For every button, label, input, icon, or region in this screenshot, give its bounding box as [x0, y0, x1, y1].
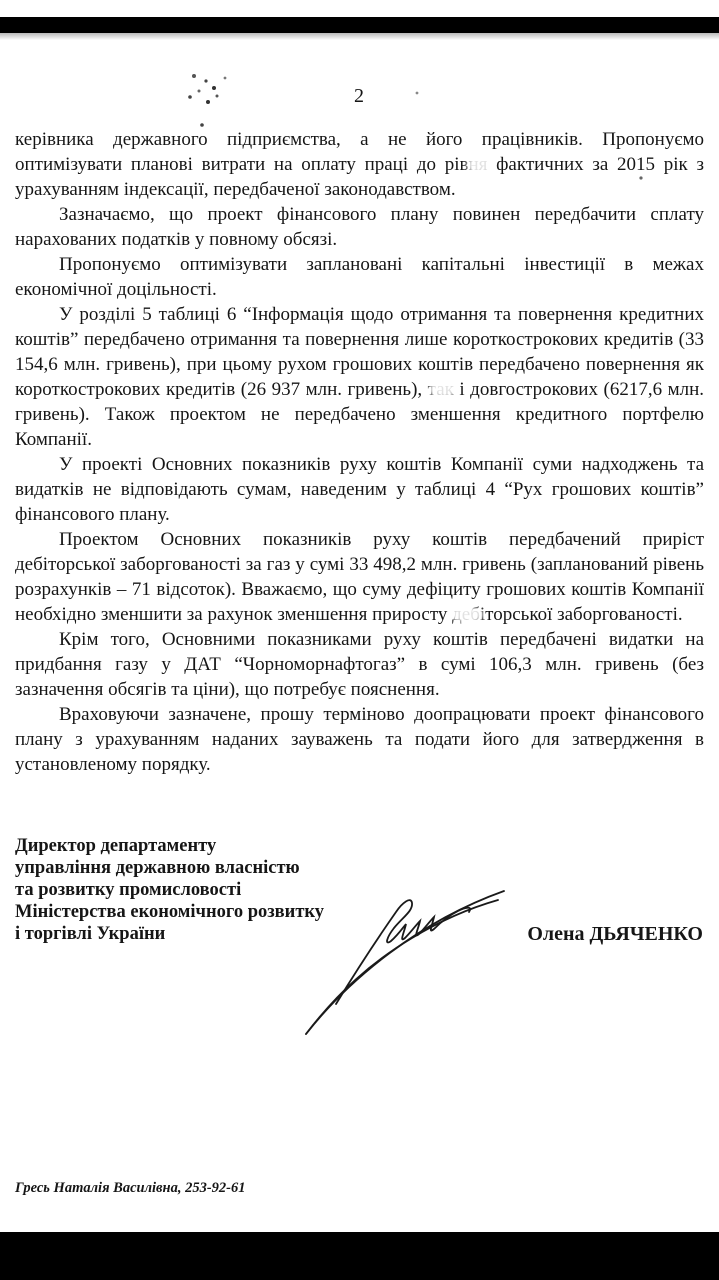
body-paragraph: Пропонуємо оптимізувати заплановані капі…: [15, 252, 704, 302]
executor-contact: Гресь Наталія Василівна, 253-92-61: [15, 1180, 246, 1197]
letter-body: керівника державного підприємства, а не …: [15, 127, 704, 777]
body-paragraph: Проектом Основних показників руху коштів…: [15, 527, 704, 627]
signature-block: Директор департаменту управління державн…: [15, 835, 703, 946]
body-paragraph: У розділі 5 таблиці 6 “Інформація щодо о…: [15, 302, 704, 452]
body-paragraph: керівника державного підприємства, а не …: [15, 127, 704, 202]
scan-smudge: [466, 156, 494, 174]
page-number: 2: [0, 85, 719, 108]
body-paragraph: Враховуючи зазначене, прошу терміново до…: [15, 702, 704, 777]
scanned-letter-page: 2 керівника державного підприємства, а н…: [0, 0, 719, 1280]
scan-noise-speckles: [0, 0, 2, 2]
signer-title-line: і торгівлі України: [15, 923, 324, 945]
scan-smudge: [450, 606, 484, 623]
scan-smudge: [428, 381, 458, 398]
signer-title-line: та розвитку промисловості: [15, 879, 324, 901]
signer-title-line: Міністерства економічного розвитку: [15, 901, 324, 923]
scan-artifact-bottom-bar: [0, 1232, 719, 1280]
signer-title-line: Директор департаменту: [15, 835, 324, 857]
signer-name: Олена ДЬЯЧЕНКО: [527, 923, 703, 946]
body-paragraph: У проекті Основних показників руху кошті…: [15, 452, 704, 527]
signer-title: Директор департаменту управління державн…: [15, 835, 324, 945]
body-paragraph: Зазначаємо, що проект фінансового плану …: [15, 202, 704, 252]
signer-title-line: управління державною власністю: [15, 857, 324, 879]
scan-artifact-top-bar: [0, 17, 719, 33]
body-paragraph: Крім того, Основними показниками руху ко…: [15, 627, 704, 702]
